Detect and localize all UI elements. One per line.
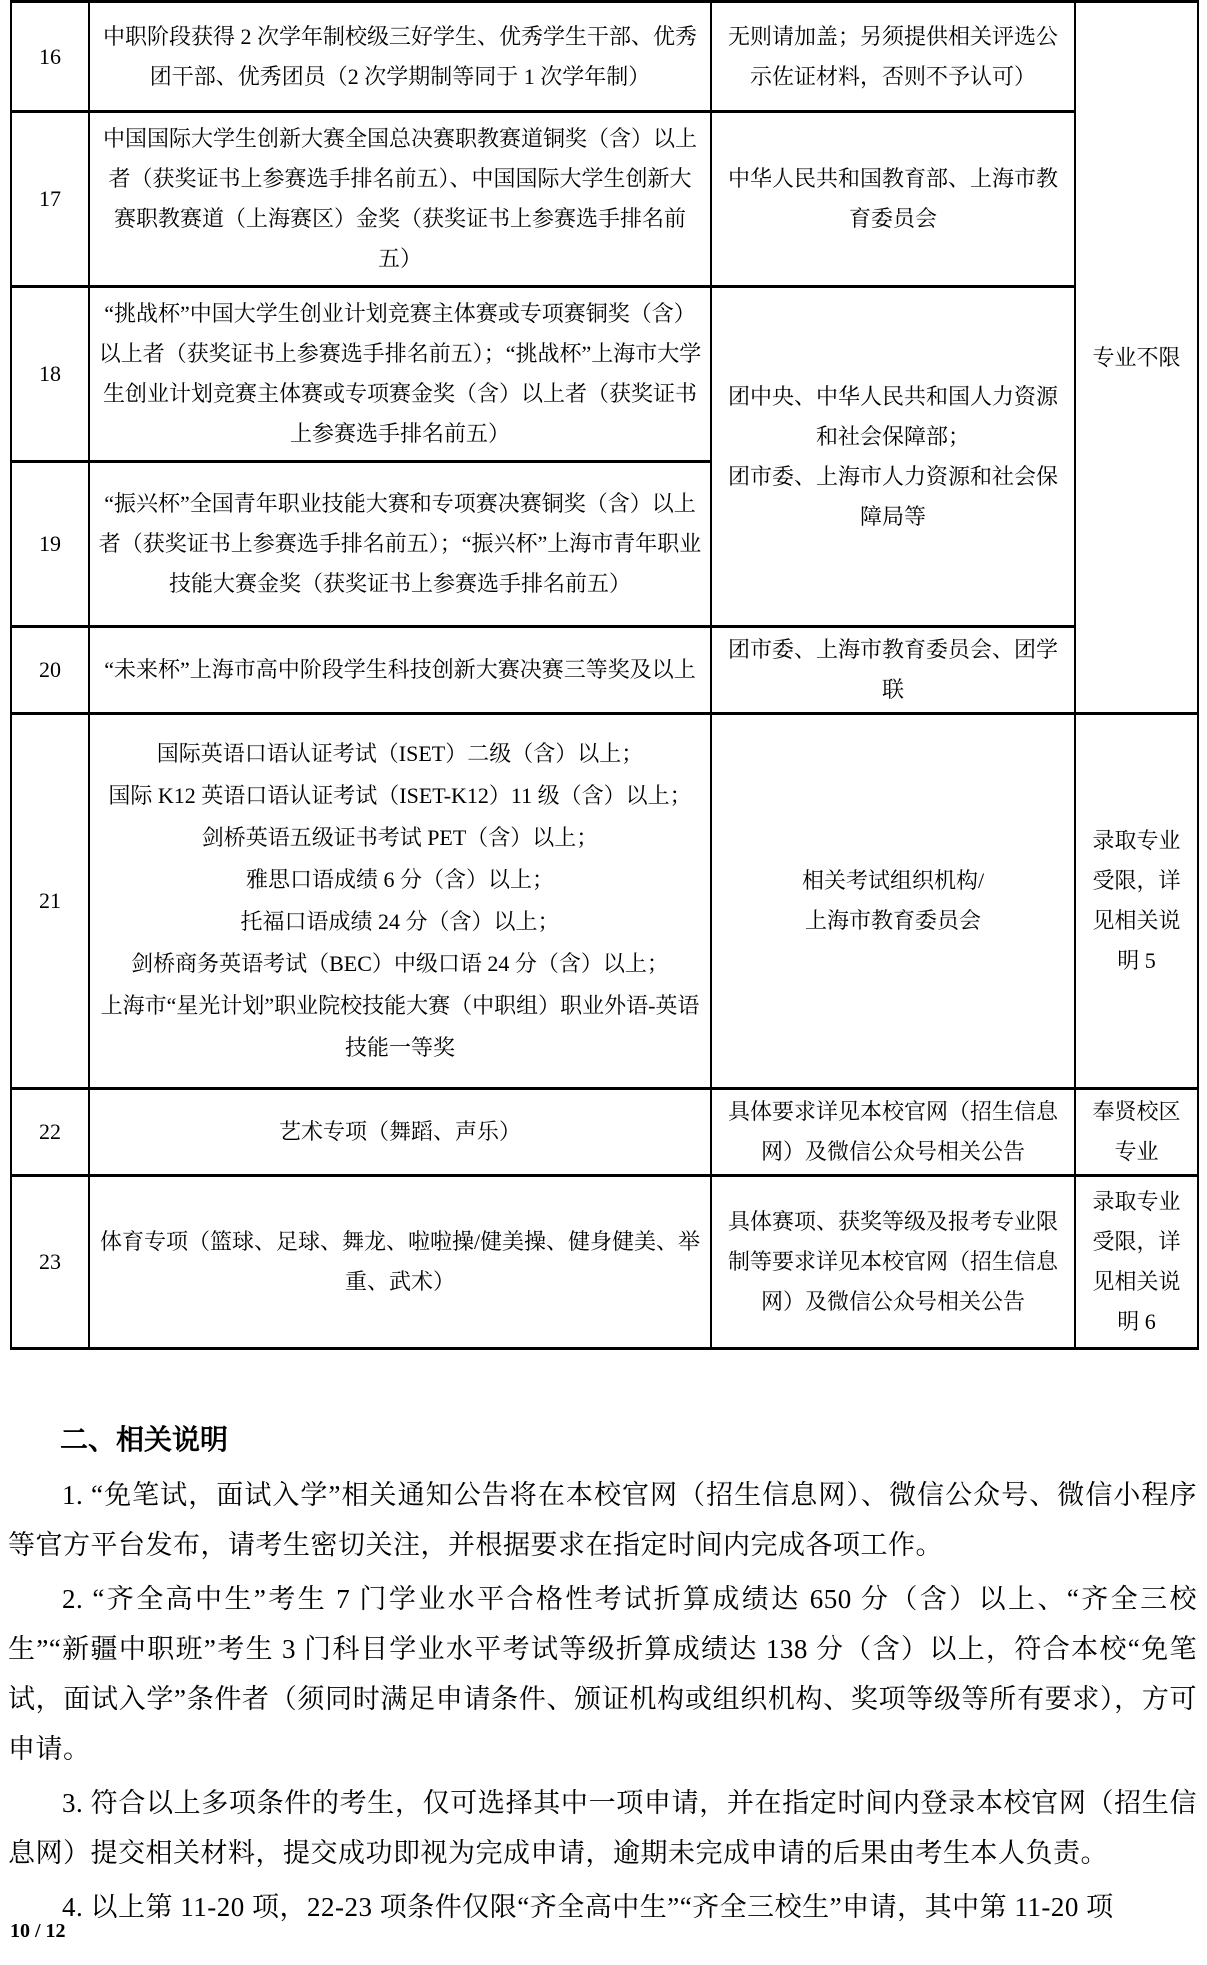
document-page: 16 中职阶段获得 2 次学年制校级三好学生、优秀学生干部、优秀团干部、优秀团员… xyxy=(0,0,1207,1965)
organization-cell: 具体赛项、获奖等级及报考专业限制等要求详见本校官网（招生信息网）及微信公众号相关… xyxy=(711,1176,1075,1349)
condition-cell: “振兴杯”全国青年职业技能大赛和专项赛决赛铜奖（含）以上者（获奖证书上参赛选手排… xyxy=(89,462,711,627)
table-row-22: 22 艺术专项（舞蹈、声乐） 具体要求详见本校官网（招生信息网）及微信公众号相关… xyxy=(11,1089,1198,1176)
organization-line: 团中央、中华人民共和国人力资源和社会保障部； xyxy=(720,377,1066,457)
table-row-16: 16 中职阶段获得 2 次学年制校级三好学生、优秀学生干部、优秀团干部、优秀团员… xyxy=(11,2,1198,112)
table-row-23: 23 体育专项（篮球、足球、舞龙、啦啦操/健美操、健身健美、举重、武术） 具体赛… xyxy=(11,1176,1198,1349)
condition-cell: 国际英语口语认证考试（ISET）二级（含）以上； 国际 K12 英语口语认证考试… xyxy=(89,714,711,1089)
condition-line: 国际 K12 英语口语认证考试（ISET-K12）11 级（含）以上； xyxy=(98,775,702,817)
restriction-cell: 奉贤校区专业 xyxy=(1075,1089,1198,1176)
table-row-20: 20 “未来杯”上海市高中阶段学生科技创新大赛决赛三等奖及以上 团市委、上海市教… xyxy=(11,627,1198,714)
note-paragraph-4: 4. 以上第 11-20 项，22-23 项条件仅限“齐全高中生”“齐全三校生”… xyxy=(8,1882,1197,1932)
note-paragraph-1: 1. “免笔试，面试入学”相关通知公告将在本校官网（招生信息网）、微信公众号、微… xyxy=(8,1470,1197,1570)
condition-cell: “挑战杯”中国大学生创业计划竞赛主体赛或专项赛铜奖（含）以上者（获奖证书上参赛选… xyxy=(89,287,711,462)
condition-cell: 中国国际大学生创新大赛全国总决赛职教赛道铜奖（含）以上者（获奖证书上参赛选手排名… xyxy=(89,112,711,287)
row-number: 20 xyxy=(11,627,89,714)
row-number: 16 xyxy=(11,2,89,112)
row-number: 21 xyxy=(11,714,89,1089)
row-number: 19 xyxy=(11,462,89,627)
organization-cell: 中华人民共和国教育部、上海市教育委员会 xyxy=(711,112,1075,287)
condition-cell: 体育专项（篮球、足球、舞龙、啦啦操/健美操、健身健美、举重、武术） xyxy=(89,1176,711,1349)
condition-line: 托福口语成绩 24 分（含）以上； xyxy=(98,901,702,943)
organization-cell: 团市委、上海市教育委员会、团学联 xyxy=(711,627,1075,714)
row-number: 23 xyxy=(11,1176,89,1349)
organization-line: 上海市教育委员会 xyxy=(720,901,1066,941)
organization-cell: 无则请加盖；另须提供相关评选公示佐证材料，否则不予认可） xyxy=(711,2,1075,112)
organization-cell-merged: 团中央、中华人民共和国人力资源和社会保障部； 团市委、上海市人力资源和社会保障局… xyxy=(711,287,1075,627)
condition-line: 剑桥商务英语考试（BEC）中级口语 24 分（含）以上； xyxy=(98,943,702,985)
table-row-17: 17 中国国际大学生创新大赛全国总决赛职教赛道铜奖（含）以上者（获奖证书上参赛选… xyxy=(11,112,1198,287)
note-paragraph-3: 3. 符合以上多项条件的考生，仅可选择其中一项申请，并在指定时间内登录本校官网（… xyxy=(8,1778,1197,1878)
condition-line: 上海市“星光计划”职业院校技能大赛（中职组）职业外语-英语技能一等奖 xyxy=(98,985,702,1069)
section-heading: 二、相关说明 xyxy=(60,1418,1197,1464)
condition-line: 国际英语口语认证考试（ISET）二级（含）以上； xyxy=(98,733,702,775)
condition-cell: “未来杯”上海市高中阶段学生科技创新大赛决赛三等奖及以上 xyxy=(89,627,711,714)
restriction-cell: 录取专业受限，详见相关说明 6 xyxy=(1075,1176,1198,1349)
row-number: 17 xyxy=(11,112,89,287)
condition-line: 雅思口语成绩 6 分（含）以上； xyxy=(98,859,702,901)
organization-line: 团市委、上海市人力资源和社会保障局等 xyxy=(720,457,1066,537)
table-row-21: 21 国际英语口语认证考试（ISET）二级（含）以上； 国际 K12 英语口语认… xyxy=(11,714,1198,1089)
row-number: 18 xyxy=(11,287,89,462)
qualification-table: 16 中职阶段获得 2 次学年制校级三好学生、优秀学生干部、优秀团干部、优秀团员… xyxy=(10,0,1199,1350)
condition-cell: 艺术专项（舞蹈、声乐） xyxy=(89,1089,711,1176)
page-number: 10 / 12 xyxy=(10,1920,66,1943)
organization-cell: 具体要求详见本校官网（招生信息网）及微信公众号相关公告 xyxy=(711,1089,1075,1176)
notes-section: 二、相关说明 1. “免笔试，面试入学”相关通知公告将在本校官网（招生信息网）、… xyxy=(8,1418,1197,1932)
condition-cell: 中职阶段获得 2 次学年制校级三好学生、优秀学生干部、优秀团干部、优秀团员（2 … xyxy=(89,2,711,112)
row-number: 22 xyxy=(11,1089,89,1176)
restriction-cell: 录取专业受限，详见相关说明 5 xyxy=(1075,714,1198,1089)
table-row-18: 18 “挑战杯”中国大学生创业计划竞赛主体赛或专项赛铜奖（含）以上者（获奖证书上… xyxy=(11,287,1198,462)
restriction-text: 专业不限 xyxy=(1084,338,1189,378)
organization-cell: 相关考试组织机构/ 上海市教育委员会 xyxy=(711,714,1075,1089)
restriction-cell-merged: 专业不限 xyxy=(1075,2,1198,714)
organization-line: 相关考试组织机构/ xyxy=(720,861,1066,901)
note-paragraph-2: 2. “齐全高中生”考生 7 门学业水平合格性考试折算成绩达 650 分（含）以… xyxy=(8,1574,1197,1774)
condition-line: 剑桥英语五级证书考试 PET（含）以上； xyxy=(98,817,702,859)
